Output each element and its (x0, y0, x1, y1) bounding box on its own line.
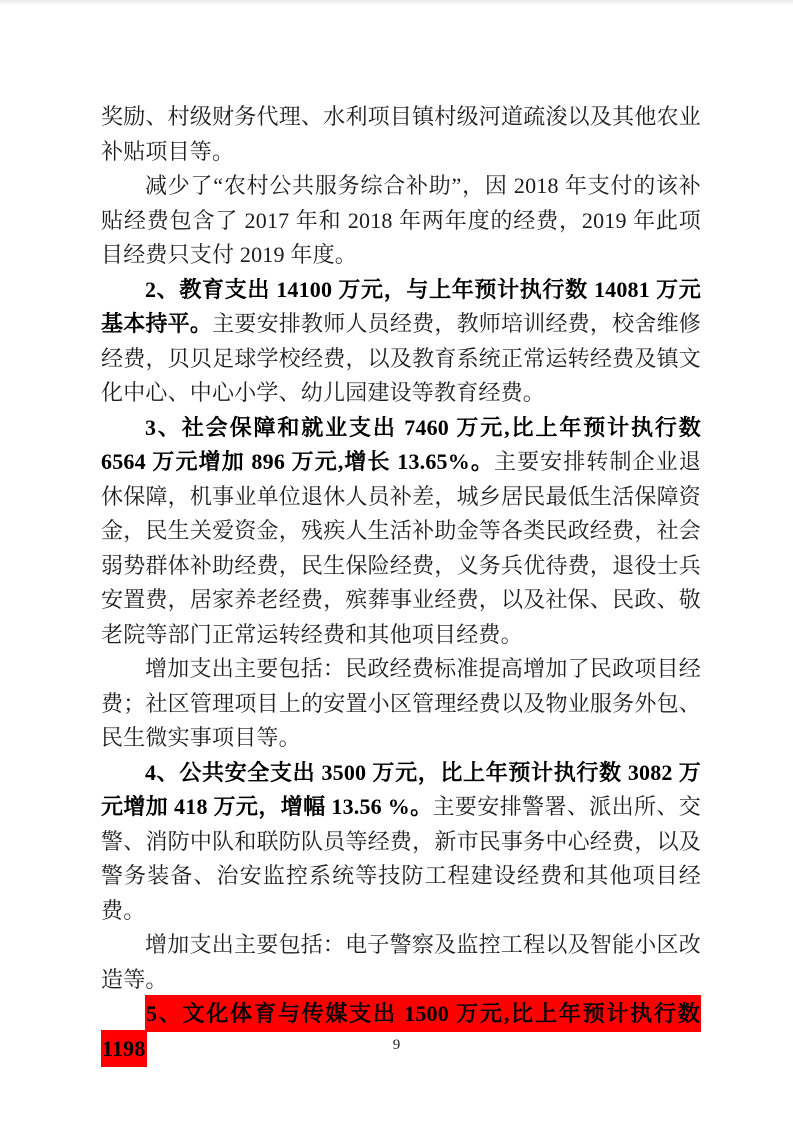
paragraph-education-expenditure: 2、教育支出 14100 万元，与上年预计执行数 14081 万元基本持平。主要… (101, 273, 701, 411)
paragraph-rural-service-subsidy-reduction: 减少了“农村公共服务综合补助”，因 2018 年支付的该补贴经费包含了 2017… (101, 169, 701, 273)
paragraph-public-safety-expenditure: 4、公共安全支出 3500 万元，比上年预计执行数 3082 万元增加 418 … (101, 756, 701, 929)
paragraph-text: 奖励、村级财务代理、水利项目镇村级河道疏浚以及其他农业补贴项目等。 (101, 104, 701, 164)
paragraph-social-security-expenditure: 3、社会保障和就业支出 7460 万元,比上年预计执行数 6564 万元增加 8… (101, 411, 701, 653)
page-number: 9 (0, 1037, 793, 1054)
paragraph-agriculture-subsidy-continuation: 奖励、村级财务代理、水利项目镇村级河道疏浚以及其他农业补贴项目等。 (101, 100, 701, 169)
paragraph-social-security-increase-details: 增加支出主要包括：民政经费标准提高增加了民政项目经费；社区管理项目上的安置小区管… (101, 652, 701, 756)
paragraph-public-safety-increase-details: 增加支出主要包括：电子警察及监控工程以及智能小区改造等。 (101, 928, 701, 997)
highlighted-text: 5、文化体育与传媒支出 1500 万元,比上年预计执行数 1198 (101, 995, 701, 1067)
document-page: 奖励、村级财务代理、水利项目镇村级河道疏浚以及其他农业补贴项目等。 减少了“农村… (0, 0, 793, 1122)
paragraph-text: 减少了“农村公共服务综合补助”，因 2018 年支付的该补贴经费包含了 2017… (101, 173, 701, 267)
scan-edge-artifact (0, 0, 793, 5)
paragraph-text: 增加支出主要包括：民政经费标准提高增加了民政项目经费；社区管理项目上的安置小区管… (101, 656, 701, 750)
paragraph-text: 增加支出主要包括：电子警察及监控工程以及智能小区改造等。 (101, 932, 701, 992)
paragraph-culture-sports-media-highlighted: 5、文化体育与传媒支出 1500 万元,比上年预计执行数 1198 (101, 997, 701, 1066)
page-content: 奖励、村级财务代理、水利项目镇村级河道疏浚以及其他农业补贴项目等。 减少了“农村… (101, 100, 701, 1066)
paragraph-text: 主要安排转制企业退休保障，机事业单位退休人员补差，城乡居民最低生活保障资金，民生… (101, 449, 701, 647)
